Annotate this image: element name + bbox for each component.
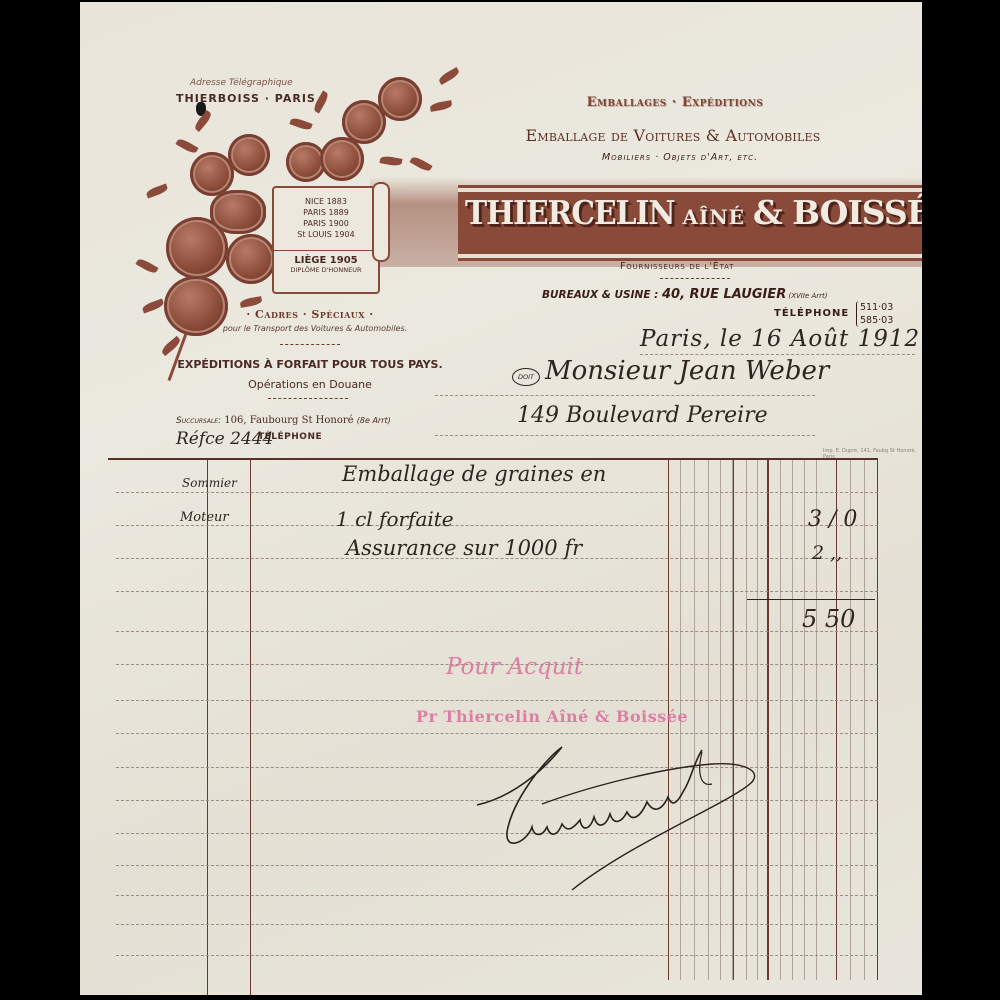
row-rule: [116, 955, 878, 956]
side-note-sommier: Sommier: [182, 476, 237, 490]
row-rule: [116, 924, 878, 925]
column-rule-thin: [792, 460, 793, 980]
tagline-emballages: Emballages · Expéditions: [505, 95, 845, 110]
succursale-address: Succursale: 106, Faubourg St Honoré (8e …: [176, 415, 391, 426]
award-line: PARIS 1900: [274, 218, 378, 229]
tagline-mobiliers: Mobiliers · Objets d'Art, etc.: [530, 152, 830, 163]
signature-scrawl-icon: [472, 742, 812, 892]
row-rule: [116, 733, 878, 734]
exhibition-awards-plate: NICE 1883 PARIS 1889 PARIS 1900 St LOUIS…: [272, 186, 380, 294]
line-item-description: Emballage de graines en: [342, 462, 606, 486]
cadres-subtitle: pour le Transport des Voitures & Automob…: [170, 324, 460, 333]
column-rule-thin: [804, 460, 805, 980]
client-dotted-line: [435, 395, 815, 396]
succursale-street: 106, Faubourg St Honoré: [221, 415, 357, 426]
expeditions-forfait: EXPÉDITIONS À FORFAIT POUR TOUS PAYS.: [175, 358, 445, 371]
row-rule: [116, 492, 878, 493]
row-rule: [116, 591, 878, 592]
telegraph-label: Adresse Télégraphique: [190, 78, 293, 88]
award-line: NICE 1883: [274, 196, 378, 207]
row-rule: [116, 631, 878, 632]
divider: [268, 398, 348, 399]
invoice-paper: Adresse Télégraphique THIERBOISS · PARIS…: [80, 2, 922, 995]
side-note-moteur: Moteur: [180, 510, 229, 525]
row-rule: [116, 525, 878, 526]
address-dotted-line: [435, 435, 815, 436]
award-line: PARIS 1889: [274, 207, 378, 218]
line-item-amount: 2 ,,: [812, 542, 842, 564]
firm-name: THIERCELIN AÎNÉ & BOISSÉE: [465, 193, 922, 232]
column-rule-thin: [694, 460, 695, 980]
firm-name-boissee: & BOISSÉE: [753, 193, 922, 232]
line-item-description: 1 cl forfaite: [336, 507, 454, 531]
stamp-firm-name: Pr Thiercelin Aîné & Boissée: [416, 707, 688, 726]
fournisseurs-etat: Fournisseurs de l'État: [620, 261, 734, 272]
stamp-pour-acquit: Pour Acquit: [446, 654, 583, 680]
column-rule-thin: [864, 460, 865, 980]
client-address: 149 Boulevard Pereire: [517, 403, 768, 428]
bureaux-address: BUREAUX & USINE : 40, RUE LAUGIER (XVIIe…: [542, 287, 827, 302]
column-rule: [877, 460, 878, 980]
award-liege: LIÈGE 1905: [274, 255, 378, 266]
column-rule-thin: [780, 460, 781, 980]
column-rule: [767, 460, 769, 980]
column-rule-thin: [720, 460, 721, 980]
tagline-voitures: Emballage de Voitures & Automobiles: [438, 126, 908, 145]
reference-number: Réfce 2444: [176, 429, 273, 449]
bureaux-street: 40, RUE LAUGIER: [662, 287, 786, 302]
column-rule-thin: [757, 460, 758, 980]
column-rule-thin: [850, 460, 851, 980]
doit-label: DOIT: [512, 368, 540, 386]
cadres-speciaux: · Cadres · Spéciaux ·: [180, 308, 440, 321]
line-item-description: Assurance sur 1000 fr: [346, 536, 582, 560]
column-rule: [207, 460, 208, 995]
date-dotted-line: [640, 354, 915, 355]
telephone-number: 511·03: [860, 301, 893, 314]
firm-name-thiercelin: THIERCELIN: [465, 193, 675, 232]
table-top-rule: [108, 458, 878, 460]
column-rule-thin: [746, 460, 747, 980]
succursale-label: Succursale:: [176, 416, 221, 426]
operations-douane: Opérations en Douane: [175, 378, 445, 391]
telephone-label-right: TÉLÉPHONE: [774, 308, 849, 319]
column-rule: [733, 460, 734, 980]
column-rule: [836, 460, 837, 980]
award-line: St LOUIS 1904: [274, 229, 378, 240]
column-rule-thin: [816, 460, 817, 980]
row-rule: [116, 700, 878, 701]
divider: [280, 344, 340, 345]
bureaux-label: BUREAUX & USINE :: [542, 289, 662, 301]
telephone-numbers: 511·03 585·03: [856, 301, 893, 327]
bureaux-arr: (XVIIe Arrt): [786, 292, 827, 300]
client-name: Monsieur Jean Weber: [545, 356, 829, 386]
succursale-arr: (8e Arrt): [357, 416, 391, 425]
total-underline: [747, 599, 875, 600]
total-amount: 5 50: [802, 605, 855, 633]
signature: [472, 742, 812, 896]
award-diploma: DIPLÔME D'HONNEUR: [274, 266, 378, 274]
line-item-amount: 3 / 0: [808, 507, 857, 532]
handwritten-date: Paris, le 16 Août 1912: [640, 326, 920, 352]
divider: [660, 278, 730, 279]
firm-name-aine: AÎNÉ: [675, 205, 753, 229]
column-rule-thin: [708, 460, 709, 980]
column-rule: [250, 460, 251, 995]
banner-scroll-end: [372, 182, 390, 262]
